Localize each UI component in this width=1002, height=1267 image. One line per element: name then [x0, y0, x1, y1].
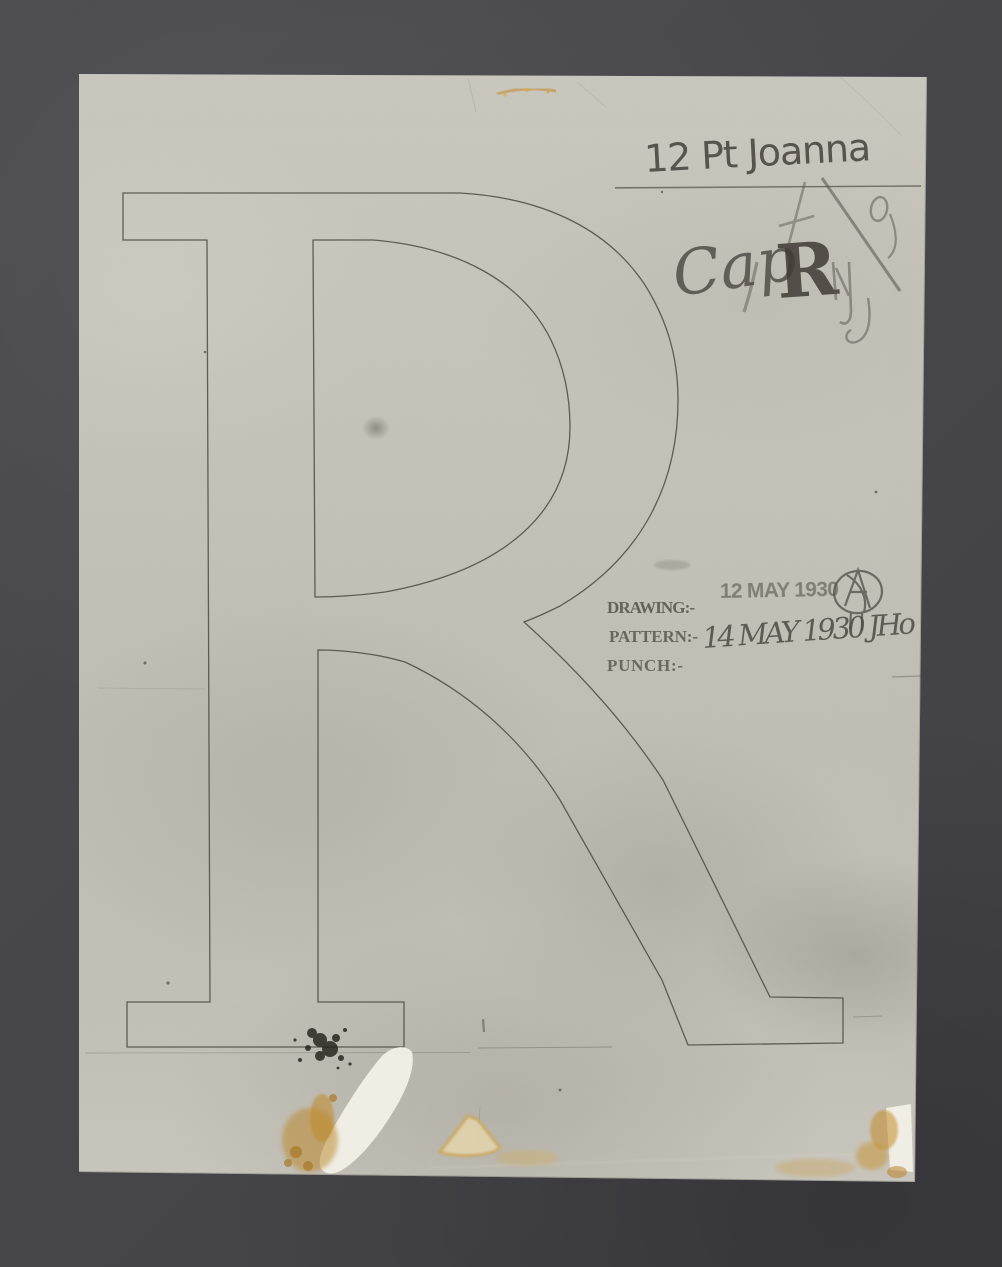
ochre-stain-left-upper [310, 1094, 334, 1142]
drawing-date-stamp: 12 MAY 1930 [720, 578, 840, 603]
ochre-stain-right-3 [887, 1166, 907, 1178]
pencil-tick-mark [483, 1019, 484, 1032]
tan-streak-center [495, 1150, 559, 1166]
punch-stamp-label: PUNCH:- [607, 656, 685, 675]
drawing-stamp-label: DRAWING:- [607, 598, 697, 617]
drawing-overlay: 12 Pt Joanna Cap R DRAWING:- [0, 0, 1002, 1267]
tan-smudge-right [775, 1159, 855, 1177]
cap-letter-annotation: R [773, 226, 841, 316]
pattern-stamp-label: PATTERN:- [609, 627, 700, 646]
mounted-photograph: 12 Pt Joanna Cap R DRAWING:- [0, 0, 1002, 1267]
baseline-guide-left [85, 1053, 470, 1054]
pencil-smudge [654, 560, 690, 570]
ochre-stain-right-2 [856, 1142, 888, 1170]
